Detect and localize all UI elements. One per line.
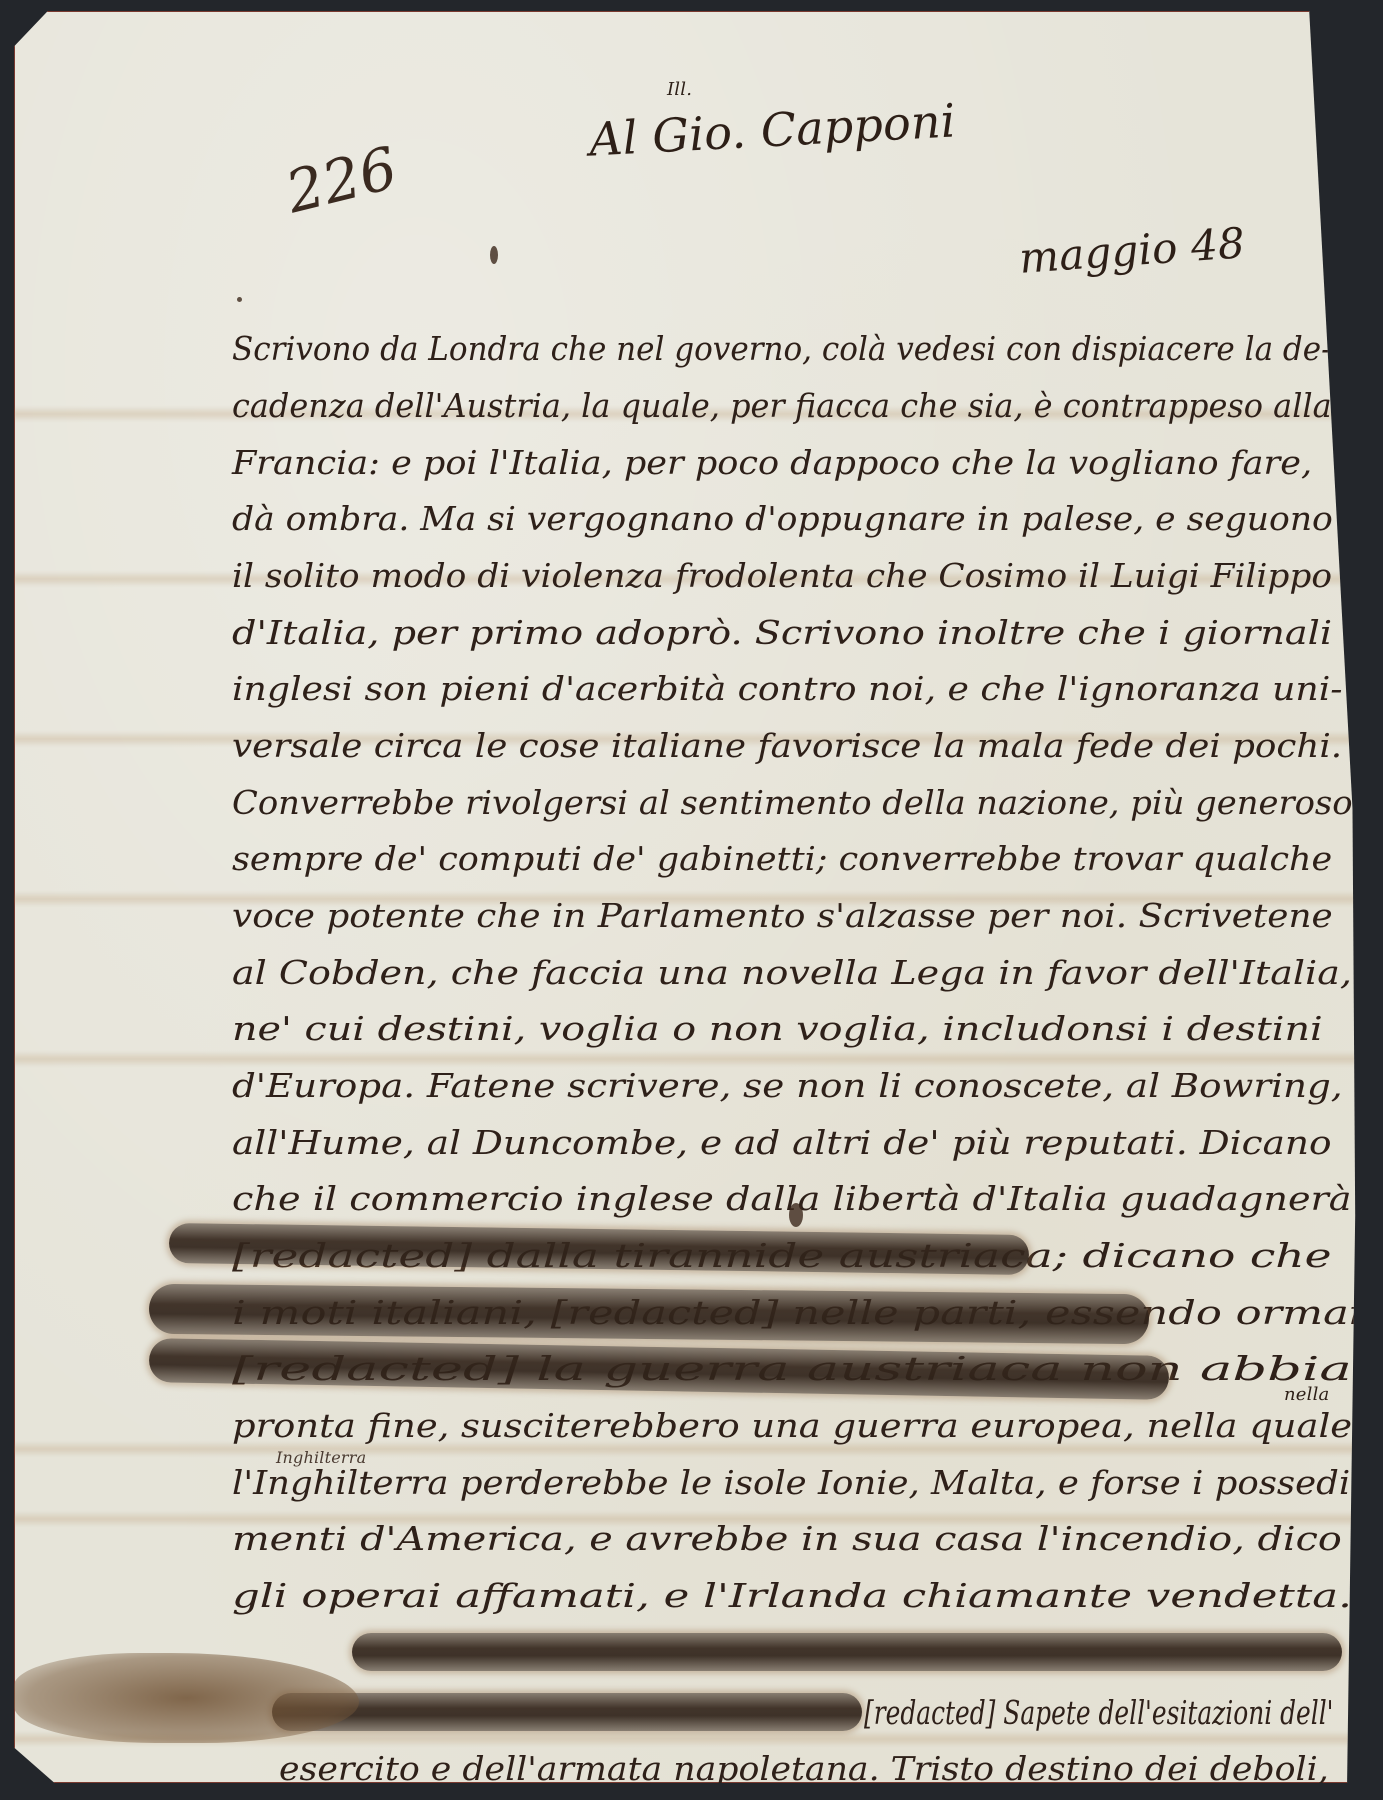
letter-line: gli operai affamati, e l'Irlanda chiaman… (232, 1576, 1352, 1615)
salutation: Al Gio. Capponi (588, 93, 957, 166)
letter-line: [redacted] Sapete dell'esitazioni dell' (864, 1693, 1334, 1732)
redaction-stroke (149, 1338, 1170, 1400)
letter-line: il solito modo di violenza frodolenta ch… (232, 556, 1332, 595)
letter-line: cadenza dell'Austria, la quale, per fiac… (232, 386, 1332, 425)
ink-dot (237, 297, 242, 302)
letter-line: Scrivono da Londra che nel governo, colà… (232, 329, 1332, 368)
letter-line: d'Italia, per primo adoprò. Scrivono ino… (232, 613, 1332, 652)
ink-blot (789, 1203, 803, 1227)
letter-line: versale circa le cose italiane favorisce… (232, 726, 1342, 765)
letter-line: ne' cui destini, voglia o non voglia, in… (232, 1009, 1323, 1048)
letter-line: pronta fine, susciterebbero una guerra e… (232, 1406, 1352, 1445)
letter-line: esercito e dell'armata napoletana. Trist… (279, 1749, 1329, 1788)
letter-line: menti d'America, e avrebbe in sua casa l… (232, 1519, 1342, 1558)
bleed-through (14, 1051, 1366, 1067)
letter-line: Francia: e poi l'Italia, per poco dappoc… (232, 443, 1312, 482)
redaction-stroke (272, 1693, 862, 1731)
redaction-stroke (352, 1633, 1342, 1671)
folio-number: 226 (279, 134, 403, 227)
salutation-superscript: Ill. (667, 79, 692, 100)
letter-line: all'Hume, al Duncombe, e ad altri de' pi… (232, 1123, 1332, 1162)
ink-dot (490, 246, 498, 264)
interlinear-insertion: nella (1284, 1384, 1330, 1405)
letter-line: l'Inghilterra perderebbe le isole Ionie,… (232, 1463, 1362, 1502)
letter-line: al Cobden, che faccia una novella Lega i… (232, 953, 1352, 992)
letter-page: 226 Ill. Al Gio. Capponi maggio 48 Scriv… (14, 11, 1366, 1783)
letter-line: inglesi son pieni d'acerbità contro noi,… (232, 669, 1342, 708)
letter-date: maggio 48 (1018, 218, 1247, 283)
letter-line: Converrebbe rivolgersi al sentimento del… (232, 783, 1353, 822)
redaction-stroke (149, 1284, 1149, 1344)
letter-line: dà ombra. Ma si vergognano d'oppugnare i… (232, 499, 1333, 538)
letter-line: voce potente che in Parlamento s'alzasse… (232, 896, 1333, 935)
letter-line: d'Europa. Fatene scrivere, se non li con… (232, 1066, 1343, 1105)
document-scan: 226 Ill. Al Gio. Capponi maggio 48 Scriv… (0, 0, 1383, 1800)
letter-line: sempre de' computi de' gabinetti; conver… (232, 839, 1332, 878)
interlinear-insertion: Inghilterra (276, 1448, 366, 1467)
